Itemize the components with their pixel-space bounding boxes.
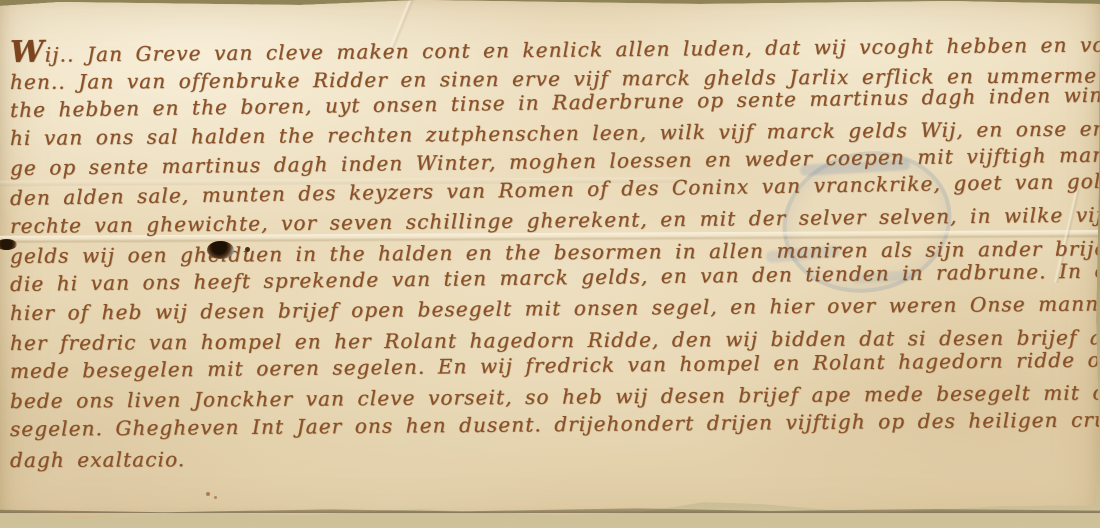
manuscript-line: dagh exaltacio. [10, 441, 1098, 475]
manuscript-scan: Wij.. Jan Greve van cleve maken cont en … [0, 0, 1100, 528]
ink-speck [245, 247, 250, 252]
ink-speck [214, 496, 217, 499]
parchment-sheet: Wij.. Jan Greve van cleve maken cont en … [0, 0, 1100, 528]
parchment-hole [207, 241, 234, 259]
manuscript-text: Wij.. Jan Greve van cleve maken cont en … [10, 38, 1098, 473]
manuscript-line: Wij.. Jan Greve van cleve maken cont en … [10, 28, 1098, 67]
ink-speck [206, 492, 210, 496]
